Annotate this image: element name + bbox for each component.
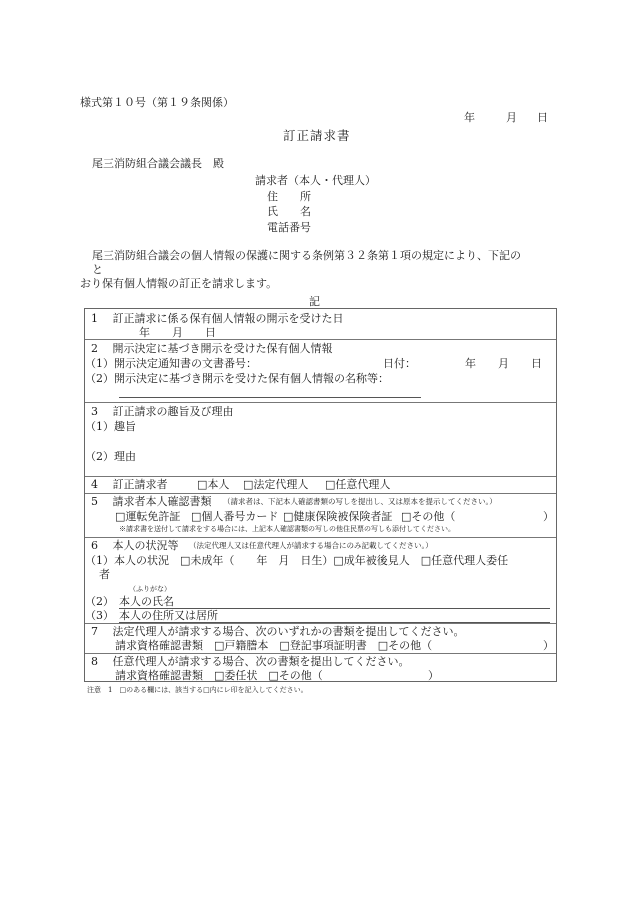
id-doc-license[interactable]: □運転免許証	[115, 510, 180, 523]
section-5-title: 5 請求者本人確認書類	[91, 495, 212, 508]
preamble-line-1: 尾三消防組合議会の個人情報の保護に関する条例第３２条第１項の規定により、下記の	[80, 249, 555, 263]
footnote: 注意 1 □のある欄には、該当する□内にレ印を記入してください。	[87, 686, 308, 695]
principal-name-prefix: （2）	[85, 595, 114, 608]
requester-type-legal[interactable]: □法定代理人	[243, 478, 308, 491]
section-2-title: 2 開示決定に基づき開示を受けた保有個人情報	[91, 342, 333, 355]
doc-number-label: （1）開示決定通知書の文書番号：	[85, 357, 257, 370]
requester-block: 請求者（本人・代理人） 住 所 氏 名 電話番号	[255, 174, 376, 236]
ki-heading: 記	[309, 295, 320, 308]
section-4: 4 訂正請求者 □本人 □法定代理人 □任意代理人	[85, 476, 556, 494]
section-8-title: 8 任意代理人が請求する場合、次の書類を提出してください。	[91, 655, 410, 668]
addressee: 尾三消防組合議会議長 殿	[92, 157, 224, 170]
principal-address-label: 本人の住所又は居所	[119, 609, 218, 622]
preamble-line-1-wrap: と	[80, 263, 555, 277]
requester-type-self[interactable]: □本人	[197, 478, 229, 491]
day-label: 日	[537, 111, 548, 124]
section-5-note: （請求者は、下記本人確認書類の写しを提出し、又は原本を提示してください。）	[223, 497, 497, 506]
section-2: 2 開示決定に基づき開示を受けた保有個人情報 （1）開示決定通知書の文書番号： …	[85, 339, 556, 403]
furigana-label: （ふりがな）	[129, 585, 171, 594]
legal-agent-docs[interactable]: 請求資格確認書類 □戸籍謄本 □登記事項証明書 □その他（	[115, 639, 432, 652]
info-name-label: （2）開示決定に基づき開示を受けた保有個人情報の名称等：	[85, 372, 389, 385]
section-6-note: （法定代理人又は任意代理人が請求する場合にのみ記載してください。）	[189, 541, 433, 550]
section-3-title: 3 訂正請求の趣旨及び理由	[91, 405, 234, 418]
section-6-title: 6 本人の状況等	[91, 539, 179, 552]
section-1: 1 訂正請求に係る保有個人情報の開示を受けた日 年 月 日	[85, 309, 556, 340]
section-4-title: 4 訂正請求者	[91, 478, 168, 491]
preamble: 尾三消防組合議会の個人情報の保護に関する条例第３２条第１項の規定により、下記の …	[80, 249, 555, 290]
section-6: 6 本人の状況等 （法定代理人又は任意代理人が請求する場合にのみ記載してください…	[85, 537, 556, 624]
section-7: 7 法定代理人が請求する場合、次のいずれかの書類を提出してください。 請求資格確…	[85, 623, 556, 654]
request-date: 年月日	[464, 111, 548, 124]
id-doc-other[interactable]: □その他（	[401, 510, 455, 523]
voluntary-agent-docs-close: ）	[428, 669, 439, 682]
section-7-title: 7 法定代理人が請求する場合、次のいずれかの書類を提出してください。	[91, 625, 465, 638]
preamble-line-2: おり保有個人情報の訂正を請求します。	[80, 277, 555, 290]
year-label: 年	[464, 111, 506, 124]
address-label: 住 所	[255, 190, 376, 206]
doc-date-label: 日付：	[383, 357, 416, 370]
section-3: 3 訂正請求の趣旨及び理由 （1）趣旨 （2）理由	[85, 402, 556, 477]
principal-status-wrap: 者	[99, 568, 110, 581]
id-doc-mynumber[interactable]: □個人番号カード	[191, 510, 278, 523]
info-name-field[interactable]	[119, 397, 421, 398]
requester-label: 請求者（本人・代理人）	[255, 174, 376, 190]
request-table: 1 訂正請求に係る保有個人情報の開示を受けた日 年 月 日 2 開示決定に基づき…	[84, 308, 557, 682]
form-number: 様式第１０号（第１９条関係）	[80, 96, 234, 109]
phone-label: 電話番号	[255, 221, 376, 237]
legal-agent-docs-close: ）	[543, 639, 554, 652]
requester-type-voluntary[interactable]: □任意代理人	[325, 478, 390, 491]
voluntary-agent-docs[interactable]: 請求資格確認書類 □委任状 □その他（	[115, 669, 323, 682]
page-title: 訂正請求書	[283, 126, 351, 144]
principal-name-label: 本人の氏名	[119, 595, 174, 608]
id-doc-insurance[interactable]: □健康保険被保険者証	[283, 510, 392, 523]
disclosure-date[interactable]: 年 月 日	[139, 326, 216, 339]
reason-label: （2）理由	[85, 450, 136, 463]
purpose-label: （1）趣旨	[85, 420, 136, 433]
section-5-footnote: ※請求書を送付して請求をする場合には、上記本人確認書類の写しの他住民票の写しも添…	[119, 525, 455, 534]
section-8: 8 任意代理人が請求する場合、次の書類を提出してください。 請求資格確認書類 □…	[85, 653, 556, 683]
id-doc-other-close: ）	[543, 510, 554, 523]
doc-date-field[interactable]: 年 月 日	[465, 357, 542, 370]
principal-status[interactable]: （1）本人の状況 □未成年（ 年 月 日生）□成年被後見人 □任意代理人委任	[85, 554, 508, 567]
principal-address-prefix: （3）	[85, 609, 114, 622]
section-5: 5 請求者本人確認書類 （請求者は、下記本人確認書類の写しを提出し、又は原本を提…	[85, 493, 556, 538]
month-label: 月	[506, 111, 537, 124]
section-1-title: 1 訂正請求に係る保有個人情報の開示を受けた日	[91, 312, 344, 325]
name-label: 氏 名	[255, 205, 376, 221]
